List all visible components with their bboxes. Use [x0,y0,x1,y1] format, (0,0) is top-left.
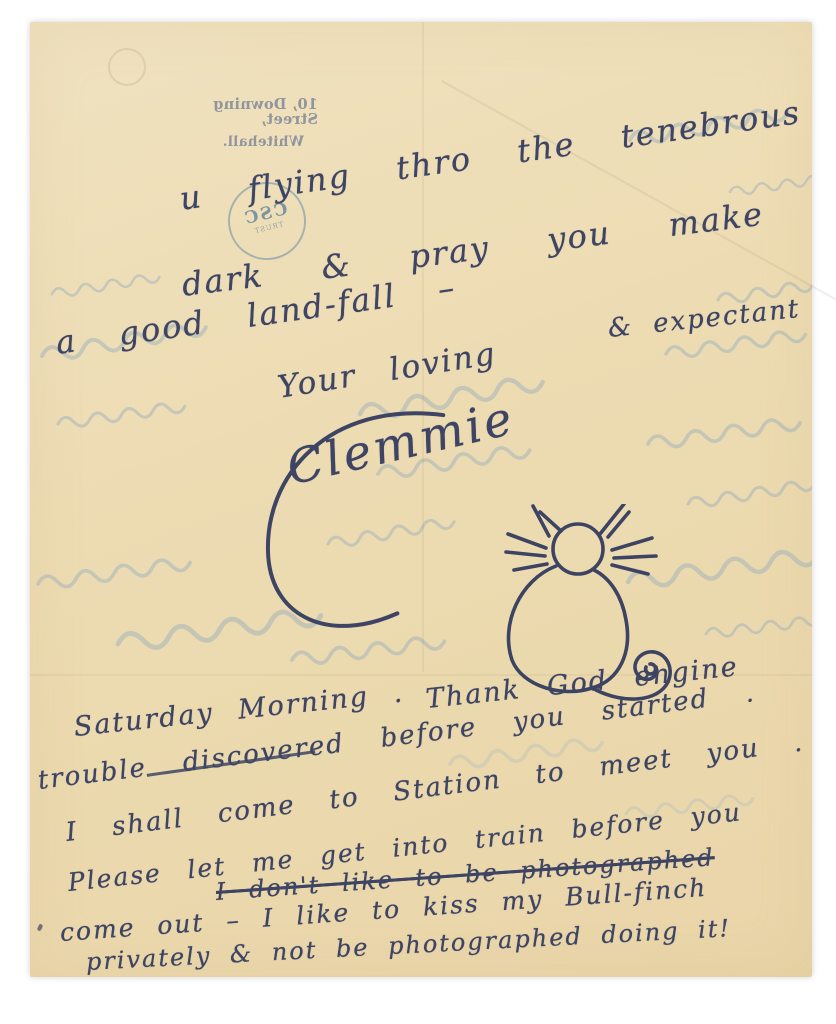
letter-paper-sheet: 10, Downing Street, Whitehall. CSC TRUST… [30,22,812,977]
embossed-seal-mark [108,48,146,86]
scanned-letter-page: 10, Downing Street, Whitehall. CSC TRUST… [0,0,836,1024]
letter-line: & expectant [606,294,801,344]
signature: Clemmie [282,391,520,497]
letterhead-address-line: 10, Downing Street, [162,98,318,127]
letterhead-city-line: Whitehall. [162,136,318,150]
letterhead-mirrored: 10, Downing Street, Whitehall. [162,98,318,150]
letter-line: Your loving [275,336,499,406]
ink-speck [37,923,44,931]
